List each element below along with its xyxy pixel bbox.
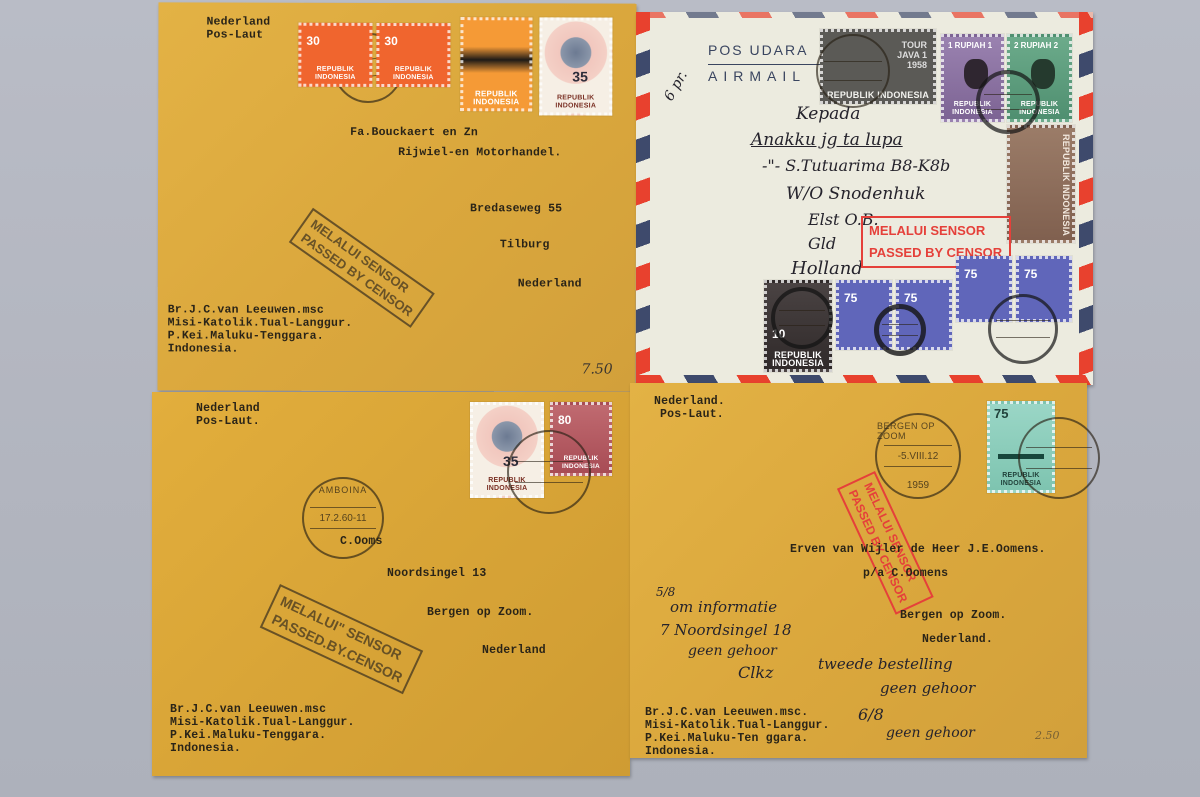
- route-line-1: Nederland: [206, 16, 270, 29]
- sender-line-1: Br.J.C.van Leeuwen.msc: [168, 303, 324, 316]
- recipient-city: Bergen op Zoom.: [900, 609, 1007, 622]
- stamp-35-globe: 35 REPUBLIK INDONESIA: [539, 17, 612, 115]
- recipient-line-2: Rijwiel-en Motorhandel.: [398, 146, 561, 159]
- route-line-2: Pos-Laut.: [196, 415, 260, 428]
- postmark: [771, 287, 833, 349]
- airmail-border-right: [1079, 12, 1093, 385]
- route-line-2: Pos-Laut.: [660, 408, 724, 421]
- sender-line-3: P.Kei.Maluku-Tenggara.: [168, 329, 324, 342]
- sender-line-2: Misi-Katolik.Tual-Langgur.: [170, 716, 355, 729]
- pencil-price: 2.50: [1035, 729, 1060, 742]
- envelope-bottom-right: Nederland. Pos-Laut. BERGEN OP ZOOM -5.V…: [630, 383, 1087, 758]
- note-date-1: 5/8: [656, 585, 675, 599]
- note-line: geen gehoor: [880, 679, 975, 697]
- recipient-country: Nederland: [518, 277, 582, 290]
- sender-line-3: P.Kei.Maluku-Ten ggara.: [645, 732, 808, 745]
- postmark: [874, 304, 926, 356]
- route-line-2: Pos-Laut: [206, 29, 263, 42]
- address-line-6: Gld: [808, 234, 836, 253]
- note-signature: Clkz: [738, 663, 773, 682]
- note-line: tweede bestelling: [818, 655, 953, 673]
- address-line-4: W/O Snodenhuk: [786, 184, 925, 204]
- margin-note: 6 pr.: [661, 68, 691, 104]
- postmark-bergen-op-zoom: BERGEN OP ZOOM -5.VIII.12 1959: [875, 413, 961, 499]
- note-line: geen gehoor: [886, 725, 975, 741]
- address-kepada: Kepada: [796, 104, 860, 124]
- stamp-30-sen: 30 REPUBLIK INDONESIA: [298, 23, 372, 87]
- stamp-25: REPUBLIK INDONESIA: [460, 17, 532, 111]
- postmark: [988, 294, 1058, 364]
- airmail-label-divider: [708, 64, 828, 65]
- recipient-country: Nederland: [482, 644, 546, 657]
- censor-stamp: MELALUI" SENSOR PASSED.BY.CENSOR: [260, 584, 424, 694]
- postmark: [976, 70, 1040, 134]
- recipient-name: C.Ooms: [340, 535, 383, 548]
- sender-line-2: Misi-Katolik.Tual-Langgur.: [645, 719, 830, 732]
- sender-line-2: Misi-Katolik.Tual-Langgur.: [168, 316, 353, 329]
- pencil-price: 7.50: [582, 361, 613, 377]
- address-line-3: -"- S.Tutuarima B8-K8b: [762, 156, 950, 175]
- recipient-care-of: p/a C.Oomens: [863, 567, 948, 580]
- address-line-2: Anakku jg ta lupa: [751, 130, 903, 150]
- envelope-top-right-airmail: POS UDARA AIRMAIL 6 pr. TOUR JAVA 1 1958…: [636, 12, 1093, 385]
- note-line: 7 Noordsingel 18: [660, 621, 792, 639]
- route-line-1: Nederland: [196, 402, 260, 415]
- recipient-street: Noordsingel 13: [387, 567, 486, 580]
- sender-line-4: Indonesia.: [645, 745, 716, 758]
- route-line-1: Nederland.: [654, 395, 725, 408]
- airmail-border-left: [636, 12, 650, 385]
- note-line: geen gehoor: [688, 643, 777, 659]
- recipient-city: Bergen op Zoom.: [427, 606, 534, 619]
- stamp-30-sen: 30 REPUBLIK INDONESIA: [376, 23, 450, 87]
- note-line: om informatie: [670, 598, 777, 616]
- postmark: [1018, 417, 1100, 499]
- envelope-top-left: Nederland Pos-Laut 30 REPUBLIK INDONESIA…: [157, 2, 636, 391]
- sender-line-1: Br.J.C.van Leeuwen.msc.: [645, 706, 808, 719]
- note-date-2: 6/8: [858, 705, 884, 724]
- recipient-name: Fa.Bouckaert en Zn: [350, 126, 478, 139]
- airmail-label-english: AIRMAIL: [708, 68, 806, 84]
- recipient-city: Tilburg: [500, 238, 550, 251]
- envelope-bottom-left: Nederland Pos-Laut. 35 REPUBLIK INDONESI…: [152, 392, 630, 776]
- postmark: [507, 430, 591, 514]
- sender-line-1: Br.J.C.van Leeuwen.msc: [170, 703, 326, 716]
- airmail-label-indonesian: POS UDARA: [708, 42, 808, 58]
- recipient-name: Erven van Wijler de Heer J.E.Oomens.: [790, 543, 1046, 556]
- address-country: Holland: [791, 258, 863, 279]
- sender-line-3: P.Kei.Maluku-Tenggara.: [170, 729, 326, 742]
- postmark: [816, 34, 890, 108]
- sender-line-4: Indonesia.: [170, 742, 241, 755]
- airmail-border-top: [636, 12, 1093, 18]
- sender-line-4: Indonesia.: [168, 342, 239, 355]
- stamp-1-rupiah-brown: REPUBLIK INDONESIA: [1007, 125, 1075, 243]
- recipient-street: Bredaseweg 55: [470, 202, 562, 215]
- recipient-country: Nederland.: [922, 633, 993, 646]
